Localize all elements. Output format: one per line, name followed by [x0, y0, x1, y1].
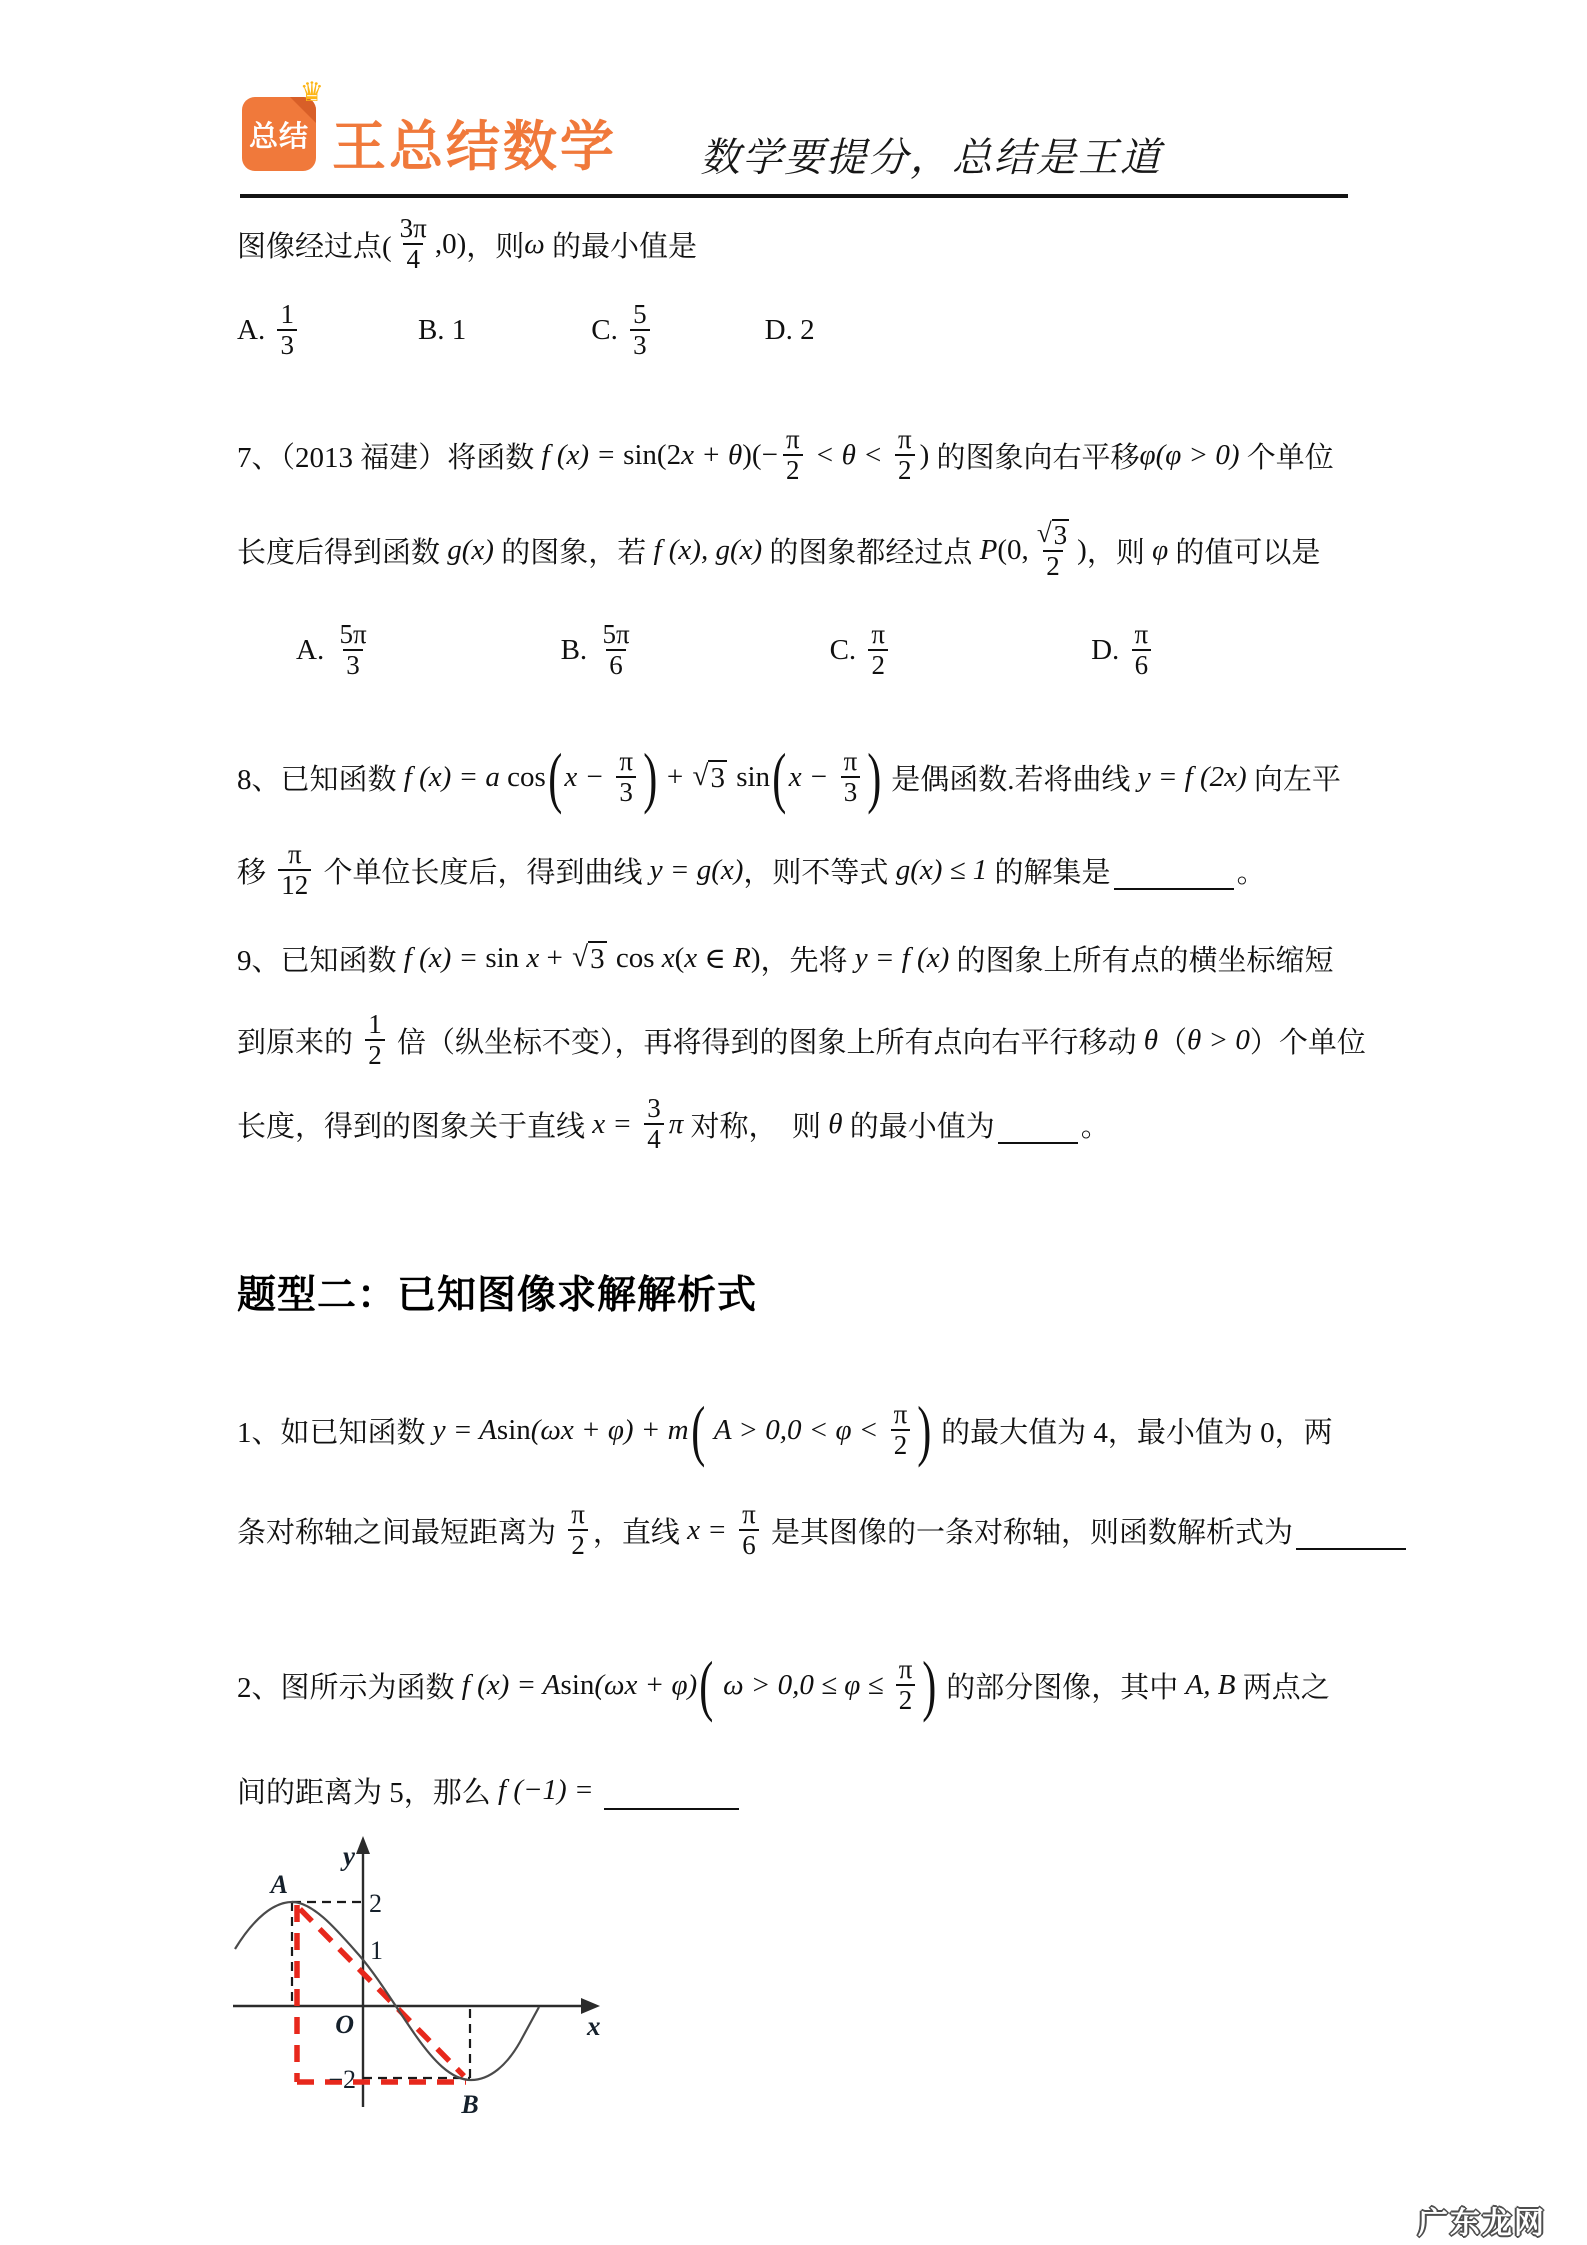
denominator: 2 — [783, 454, 803, 485]
text-run: D. — [1091, 634, 1126, 667]
math-run: A > 0,0 < φ < — [707, 1414, 885, 1447]
text-run: ，直线 — [593, 1510, 687, 1551]
denominator: 3 — [841, 776, 861, 807]
sqrt-expression: √3 — [572, 941, 606, 976]
worksheet-page: ♛ 总结 王总结数学 数学要提分，总结是王道 图像经过点(3π4,0)，则ω 的… — [0, 0, 1587, 2245]
fraction: π6 — [739, 1500, 759, 1560]
math-run: y = f (2x) — [1138, 761, 1247, 794]
site-watermark: 广东龙网 — [1418, 2198, 1546, 2242]
math-run: x − — [789, 761, 836, 794]
sine-graph-figure: y x O A B 2 1 −2 — [150, 1835, 620, 2165]
text-run: 7、（2013 福建）将函数 — [237, 435, 542, 476]
text-run: sin(2 — [623, 439, 681, 472]
fraction: π2 — [868, 620, 888, 680]
x-axis-label: x — [586, 2011, 601, 2041]
math-run: x = — [592, 1108, 639, 1141]
numerator: π — [739, 1500, 759, 1529]
math-run: g(x) — [447, 534, 494, 567]
text-run: B. 1 — [418, 314, 466, 347]
denominator: 3 — [277, 329, 297, 360]
text-run: sin — [497, 1414, 531, 1447]
text-run: 倍（纵坐标不变），再将得到的图象上所有点向右平行移动 — [390, 1020, 1144, 1061]
radical-sign: √ — [693, 760, 709, 793]
brand-name: 王总结数学 — [332, 104, 617, 181]
s2-question-1-line-2: 条对称轴之间最短距离为 π2，直线 x = π6 是其图像的一条对称轴，则函数解… — [237, 1476, 1409, 1584]
math-run: y = g(x) — [650, 854, 744, 887]
text-run: 图像经过点( — [237, 224, 392, 265]
math-run: y = A — [433, 1414, 497, 1447]
math-run: x + θ — [681, 439, 742, 472]
section-heading: 题型二：已知图像求解解析式 — [237, 1264, 757, 1320]
denominator: 6 — [1132, 649, 1152, 680]
numerator: √3 — [1034, 519, 1072, 550]
math-run: (ωx + φ) + m — [531, 1414, 689, 1447]
sqrt-expression: √3 — [693, 760, 727, 795]
math-run: y = f (x) — [855, 942, 949, 975]
text-run: ，则 — [1087, 530, 1152, 571]
text-run: 3 — [708, 760, 727, 795]
text-run: B. — [561, 634, 595, 667]
numerator: 1 — [277, 300, 297, 329]
tick-label-1: 1 — [370, 1936, 383, 1965]
math-run: π — [669, 1108, 684, 1141]
math-run: x = — [687, 1514, 734, 1547]
curve-path — [235, 1902, 539, 2080]
text-run: )(− — [742, 439, 778, 472]
point-b-label: B — [460, 2090, 478, 2119]
s2-question-1-line-1: 1、如已知函数 y = Asin(ωx + φ) + m( A > 0,0 < … — [237, 1372, 1333, 1488]
fraction: 53 — [630, 300, 650, 360]
numerator: 5π — [336, 620, 369, 649]
math-run: ω — [524, 228, 544, 261]
fraction: 34 — [644, 1094, 664, 1154]
text-run: 的图象都经过点 — [762, 530, 980, 571]
math-run: f (x) = A — [462, 1669, 561, 1702]
denominator: 2 — [568, 1529, 588, 1560]
numerator: π — [1132, 620, 1152, 649]
text-run: 3 — [588, 941, 607, 976]
text-run: 的部分图像，其中 — [939, 1665, 1186, 1706]
math-run: θ > 0 — [1187, 1024, 1250, 1057]
highlight-dashes — [297, 1905, 466, 2082]
text-run: ) — [751, 942, 761, 975]
math-run: f (x) = — [404, 942, 486, 975]
text-run: + — [539, 942, 570, 975]
denominator: 2 — [1043, 550, 1063, 581]
y-axis-label: y — [340, 1841, 356, 1871]
text-run: ∈ — [697, 941, 733, 976]
numerator: π — [896, 1655, 916, 1684]
text-run: A. — [296, 634, 331, 667]
answer-blank — [998, 1116, 1078, 1144]
denominator: 2 — [895, 454, 915, 485]
denominator: 3 — [343, 649, 363, 680]
math-run: g(x) ≤ 1 — [896, 854, 988, 887]
text-run: 的最小值为 — [843, 1104, 995, 1145]
answer-blank — [1296, 1522, 1406, 1550]
text-run: 的值可以是 — [1168, 530, 1320, 571]
fraction: 13 — [277, 300, 297, 360]
denominator: 3 — [630, 329, 650, 360]
numerator: 1 — [365, 1010, 385, 1039]
text-run: ) — [1077, 534, 1087, 567]
text-run: 的图象，若 — [494, 530, 654, 571]
math-run: φ(φ > 0) — [1140, 439, 1240, 472]
tick-label-2: 2 — [369, 1889, 382, 1918]
numerator: 5 — [630, 300, 650, 329]
text-run: 间的距离为 5，那么 — [237, 1770, 498, 1811]
point-a-label: A — [269, 1870, 288, 1899]
answer-blank — [604, 1782, 739, 1810]
crown-icon: ♛ — [300, 77, 324, 108]
text-run: 的最小值是 — [545, 224, 697, 265]
math-run: x — [526, 942, 539, 975]
text-run: 。 — [1081, 1104, 1110, 1145]
text-run: 的解集是 — [987, 850, 1110, 891]
fraction: π3 — [616, 747, 636, 807]
text-run: ( — [675, 942, 685, 975]
text-run: sin — [729, 761, 770, 794]
text-run: D. 2 — [765, 314, 815, 347]
text-run: C. — [830, 634, 864, 667]
text-run: C. — [591, 314, 625, 347]
math-run: < θ < — [808, 439, 890, 472]
denominator: 12 — [278, 869, 311, 900]
question-8-line-2: 移 π12 个单位长度后，得到曲线 y = g(x)，则不等式 g(x) ≤ 1… — [237, 818, 1266, 922]
fraction: π2 — [896, 1655, 916, 1715]
text-run: cos — [609, 942, 662, 975]
math-run: f (x) = a — [404, 761, 507, 794]
math-run: x − — [564, 761, 611, 794]
denominator: 3 — [616, 776, 636, 807]
denominator: 4 — [403, 243, 423, 274]
fraction: 5π6 — [599, 620, 632, 680]
numerator: π — [895, 425, 915, 454]
fraction: 12 — [365, 1010, 385, 1070]
question-8-line-1: 8、已知函数 f (x) = a cos(x − π3) + √3 sin(x … — [237, 722, 1341, 832]
text-run: （ — [1158, 1020, 1187, 1061]
text-run: 移 — [237, 850, 273, 891]
text-run: 对称， 则 — [683, 1104, 828, 1145]
text-run: ，先将 — [761, 938, 855, 979]
text-run: A. — [237, 314, 272, 347]
fraction: π2 — [891, 1400, 911, 1460]
s2-question-2-line-1: 2、图所示为函数 f (x) = Asin(ωx + φ)( ω > 0,0 ≤… — [237, 1626, 1330, 1744]
numerator: π — [783, 425, 803, 454]
answer-blank — [1114, 862, 1234, 890]
tick-label-neg2: −2 — [328, 2065, 356, 2094]
text-run: 的图象上所有点的横坐标缩短 — [949, 938, 1333, 979]
text-run: + — [660, 761, 691, 794]
text-run: 长度，得到的图象关于直线 — [237, 1104, 592, 1145]
math-run: x — [684, 942, 697, 975]
text-run: ，则不等式 — [743, 850, 895, 891]
numerator: π — [285, 840, 305, 869]
text-run: 2、图所示为函数 — [237, 1665, 462, 1706]
math-run: R — [733, 942, 751, 975]
text-run: (0, — [997, 534, 1028, 567]
text-run: 8、已知函数 — [237, 757, 404, 798]
fraction: π2 — [568, 1500, 588, 1560]
text-run: 是偶函数.若将曲线 — [884, 757, 1138, 798]
fraction: 3π4 — [397, 214, 430, 274]
brand-tagline: 数学要提分，总结是王道 — [700, 126, 1162, 183]
text-run: 向左平 — [1247, 757, 1341, 798]
denominator: 2 — [868, 649, 888, 680]
radical-sign: √ — [1037, 519, 1052, 548]
radical-sign: √ — [572, 941, 588, 974]
text-run: 到原来的 — [237, 1020, 360, 1061]
question-line-continuation: 图像经过点(3π4,0)，则ω 的最小值是 — [237, 196, 697, 292]
numerator: 5π — [599, 620, 632, 649]
s2-question-2-line-2: 间的距离为 5，那么 f (−1) = — [237, 1758, 742, 1822]
text-run: 1、如已知函数 — [237, 1410, 433, 1451]
numerator: π — [568, 1500, 588, 1529]
math-run: (ωx + φ) — [594, 1669, 697, 1702]
fraction: π12 — [278, 840, 311, 900]
denominator: 2 — [896, 1684, 916, 1715]
math-run: f (x) = — [542, 439, 624, 472]
fraction: π3 — [841, 747, 861, 807]
fraction: √32 — [1034, 519, 1072, 581]
options-row: A. 5π3B. 5π6C. π2D. π6 — [296, 604, 1156, 696]
numerator: π — [891, 1400, 911, 1429]
text-run: 长度后得到函数 — [237, 530, 447, 571]
origin-label: O — [335, 2010, 354, 2039]
math-run: x — [662, 942, 675, 975]
text-run: sin — [485, 942, 526, 975]
denominator: 2 — [365, 1039, 385, 1070]
numerator: 3 — [644, 1094, 664, 1123]
text-run: 条对称轴之间最短距离为 — [237, 1510, 563, 1551]
fraction: 5π3 — [336, 620, 369, 680]
denominator: 2 — [891, 1429, 911, 1460]
text-run: sin — [561, 1669, 595, 1702]
options-row: A. 13B. 1C. 53D. 2 — [237, 284, 815, 376]
text-run: cos — [507, 761, 546, 794]
y-axis-arrow — [356, 1836, 370, 1854]
math-run: ω > 0,0 ≤ φ ≤ — [716, 1669, 891, 1702]
question-9-line-3: 长度，得到的图象关于直线 x = 34π 对称， 则 θ 的最小值为。 — [237, 1070, 1110, 1178]
denominator: 6 — [739, 1529, 759, 1560]
text-run: 的最大值为 4，最小值为 0，两 — [934, 1410, 1333, 1451]
text-run: 9、已知函数 — [237, 938, 404, 979]
math-run: P — [980, 534, 998, 567]
logo-badge-text: 总结 — [249, 114, 309, 155]
text-run: 。 — [1237, 850, 1266, 891]
text-run: 是其图像的一条对称轴，则函数解析式为 — [764, 1510, 1293, 1551]
math-run: θ — [1144, 1024, 1158, 1057]
math-run: f (x), g(x) — [653, 534, 762, 567]
text-run: 个单位长度后，得到曲线 — [316, 850, 650, 891]
math-run: θ — [828, 1108, 842, 1141]
text-run: 个单位 — [1240, 435, 1334, 476]
math-run: f (−1) = — [498, 1774, 601, 1807]
text-run: ) — [920, 439, 937, 472]
text-run: ）个单位 — [1250, 1020, 1366, 1061]
text-run: ，则 — [466, 224, 524, 265]
denominator: 6 — [606, 649, 626, 680]
text-run: 两点之 — [1235, 1665, 1329, 1706]
math-run: φ — [1152, 534, 1168, 567]
denominator: 4 — [644, 1123, 664, 1154]
numerator: π — [616, 747, 636, 776]
fraction: π2 — [895, 425, 915, 485]
fraction: π2 — [783, 425, 803, 485]
numerator: π — [841, 747, 861, 776]
numerator: 3π — [397, 214, 430, 243]
question-7-line-2: 长度后得到函数 g(x) 的图象，若 f (x), g(x) 的图象都经过点 P… — [237, 492, 1320, 608]
logo-badge: ♛ 总结 — [242, 97, 316, 171]
text-run: ,0) — [435, 228, 466, 261]
numerator: π — [868, 620, 888, 649]
text-run: 的图象向右平移 — [937, 435, 1140, 476]
fraction: π6 — [1132, 620, 1152, 680]
text-run: 3 — [1052, 519, 1070, 550]
math-run: A, B — [1186, 1669, 1236, 1702]
